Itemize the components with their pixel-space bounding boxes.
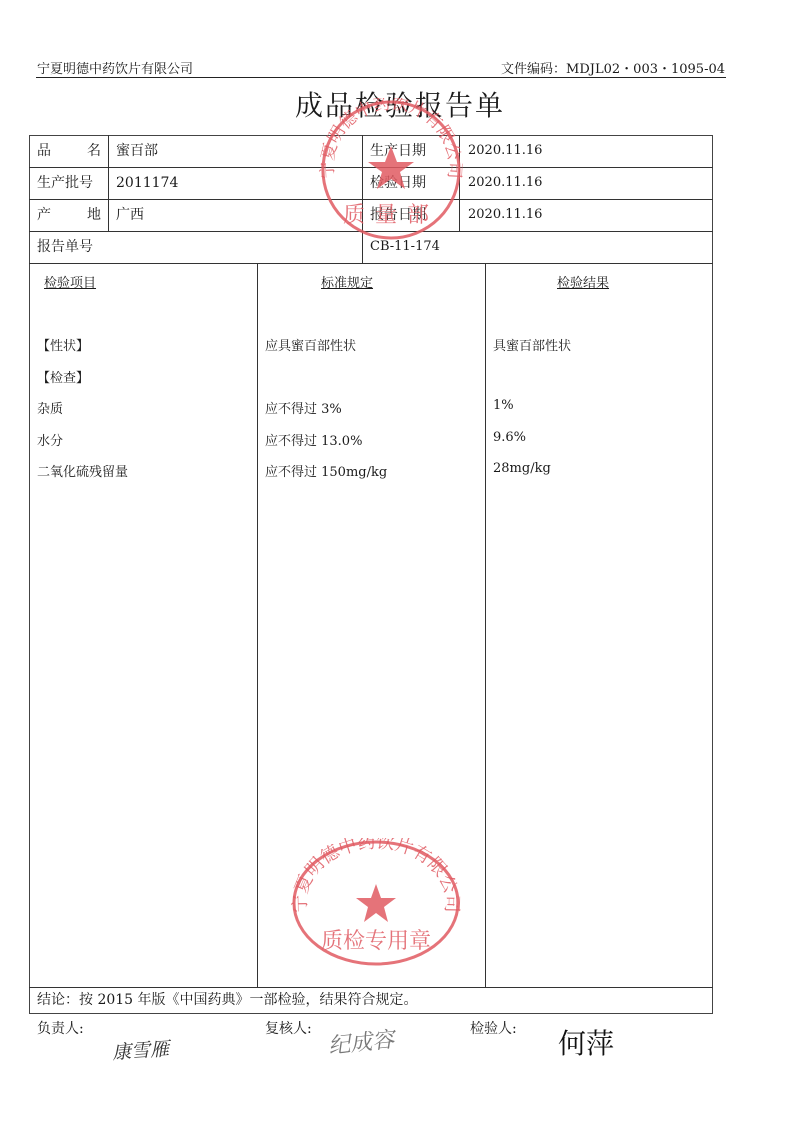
report-no-value: CB-11-174 — [370, 231, 440, 263]
header-standard: 标准规定 — [321, 272, 373, 291]
report-no-label: 报告单号 — [37, 231, 93, 263]
col-divider — [362, 135, 363, 263]
report-date-label: 报告日期 — [370, 199, 426, 231]
company-name: 宁夏明德中药饮片有限公司 — [37, 58, 193, 77]
product-name-label: 品名 — [37, 135, 101, 167]
row-result: 1% — [493, 398, 514, 413]
row-result: 28mg/kg — [493, 461, 551, 476]
page-title: 成品检验报告单 — [0, 84, 800, 124]
row-standard: 应具蜜百部性状 — [265, 335, 356, 354]
row-result: 9.6% — [493, 430, 526, 445]
batch-value: 2011174 — [116, 167, 178, 199]
prod-date-label: 生产日期 — [370, 135, 426, 167]
header-rule — [36, 77, 726, 78]
header-result: 检验结果 — [557, 272, 609, 291]
reviewer-label: 复核人: — [265, 1018, 312, 1038]
label-char: 地 — [87, 199, 101, 231]
row-divider — [29, 263, 713, 264]
row-standard: 应不得过 13.0% — [265, 430, 362, 449]
col-divider — [485, 263, 486, 987]
label-char: 品 — [37, 135, 51, 167]
row-standard: 应不得过 150mg/kg — [265, 461, 387, 480]
row-item: 【性状】 — [37, 335, 89, 354]
row-item: 【检查】 — [37, 367, 89, 386]
product-name-value: 蜜百部 — [116, 135, 158, 167]
conclusion: 结论：按 2015 年版《中国药典》一部检验，结果符合规定。 — [37, 987, 418, 1014]
reviewer-signature: 纪成容 — [327, 1023, 396, 1061]
row-result: 具蜜百部性状 — [493, 335, 571, 354]
report-table — [29, 135, 713, 1014]
document-code-label: 文件编码： — [501, 62, 566, 77]
responsible-signature: 康雪雁 — [111, 1034, 170, 1065]
col-divider — [108, 135, 109, 231]
row-item: 二氧化硫残留量 — [37, 461, 128, 480]
row-item: 杂质 — [37, 398, 63, 417]
label-char: 产 — [37, 199, 51, 231]
report-date-value: 2020.11.16 — [468, 199, 542, 231]
prod-date-value: 2020.11.16 — [468, 135, 542, 167]
label-char: 名 — [87, 135, 101, 167]
responsible-label: 负责人: — [37, 1018, 84, 1038]
origin-label: 产地 — [37, 199, 101, 231]
row-standard: 应不得过 3% — [265, 398, 342, 417]
header-test-item: 检验项目 — [44, 272, 96, 291]
row-item: 水分 — [37, 430, 63, 449]
test-date-value: 2020.11.16 — [468, 167, 542, 199]
test-date-label: 检验日期 — [370, 167, 426, 199]
batch-label: 生产批号 — [37, 167, 93, 199]
col-divider — [459, 135, 460, 231]
col-divider — [257, 263, 258, 987]
inspector-label: 检验人: — [470, 1018, 517, 1038]
origin-value: 广西 — [116, 199, 144, 231]
inspector-signature: 何萍 — [558, 1022, 614, 1062]
document-code: 文件编码：MDJL02・003・1095-04 — [501, 58, 725, 77]
document-code-value: MDJL02・003・1095-04 — [566, 62, 725, 77]
